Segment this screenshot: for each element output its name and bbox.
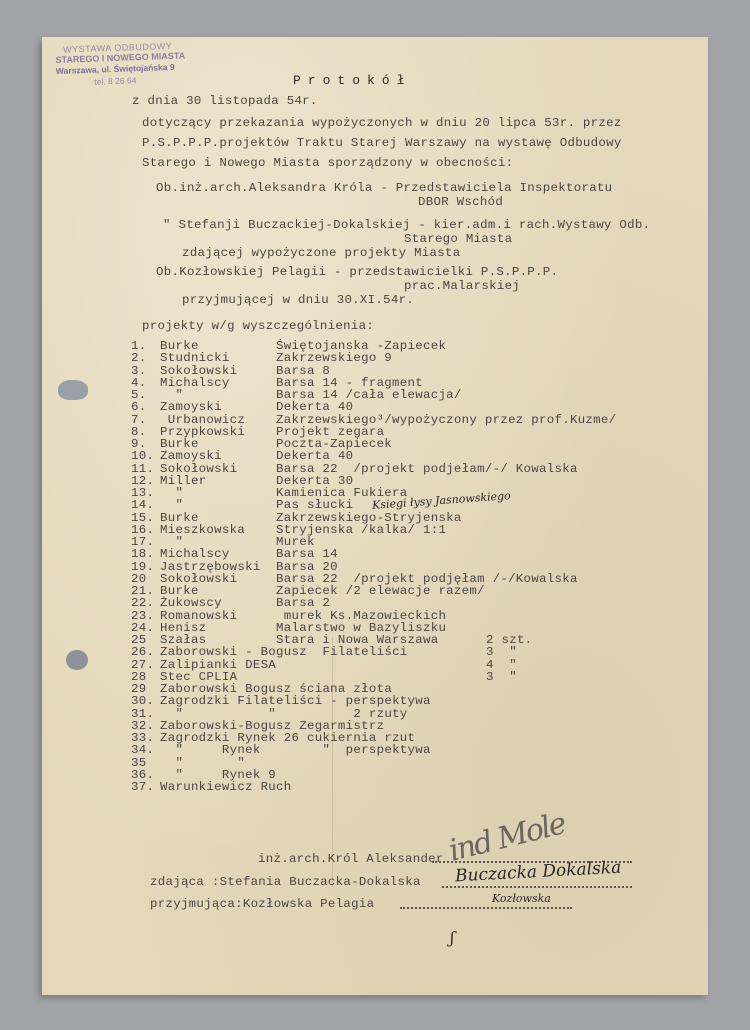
list-heading: projekty w/g wyszczególnienia: xyxy=(142,320,374,333)
signature-line-3: przyjmująca:Kozłowska Pelagia xyxy=(150,898,374,911)
intro-line-2: P.S.P.P.P.projektów Traktu Starej Warsza… xyxy=(142,137,622,150)
item-author: Warunkiewicz Ruch xyxy=(160,781,292,794)
intro-line-3: Starego i Nowego Miasta sporządzony w ob… xyxy=(142,157,513,170)
signature-kozlowska: Kozłowska xyxy=(492,892,551,905)
document-title: Protokół xyxy=(293,74,411,87)
punch-hole-top xyxy=(58,380,88,400)
item-number: 37. xyxy=(131,781,154,794)
party-1-line-1: Ob.inż.arch.Aleksandra Króla - Przedstaw… xyxy=(156,182,612,195)
pen-mark: ʃ xyxy=(450,928,454,947)
party-2-line-1: " Stefanji Buczackiej-Dokalskiej - kier.… xyxy=(163,219,650,232)
stamp-line-4: tel. 8 26 64 xyxy=(94,75,136,86)
fold-line xyxy=(332,637,333,887)
date-line: z dnia 30 listopada 54r. xyxy=(132,95,318,108)
party-2-line-3: zdającej wypożyczone projekty Miasta xyxy=(182,247,460,260)
intro-line-1: dotyczący przekazania wypożyczonych w dn… xyxy=(142,117,622,130)
party-2-line-2: Starego Miasta xyxy=(404,233,512,246)
signature-line-2: zdająca :Stefania Buczacka-Dokalska xyxy=(150,876,421,889)
item-quantity: 3 " xyxy=(486,671,517,684)
signature-dotted-line-3 xyxy=(400,907,572,909)
party-3-line-2: prac.Malarskiej xyxy=(404,280,520,293)
party-3-line-3: przyjmującej w dniu 30.XI.54r. xyxy=(182,294,414,307)
signature-dotted-line-2 xyxy=(442,886,632,888)
signature-line-1: inż.arch.Król Aleksander xyxy=(258,853,444,866)
party-1-line-2: DBOR Wschód xyxy=(418,196,503,209)
punch-hole-bottom xyxy=(66,650,88,670)
party-3-line-1: Ob.Kozłowskiej Pelagii - przedstawicielk… xyxy=(156,266,558,279)
